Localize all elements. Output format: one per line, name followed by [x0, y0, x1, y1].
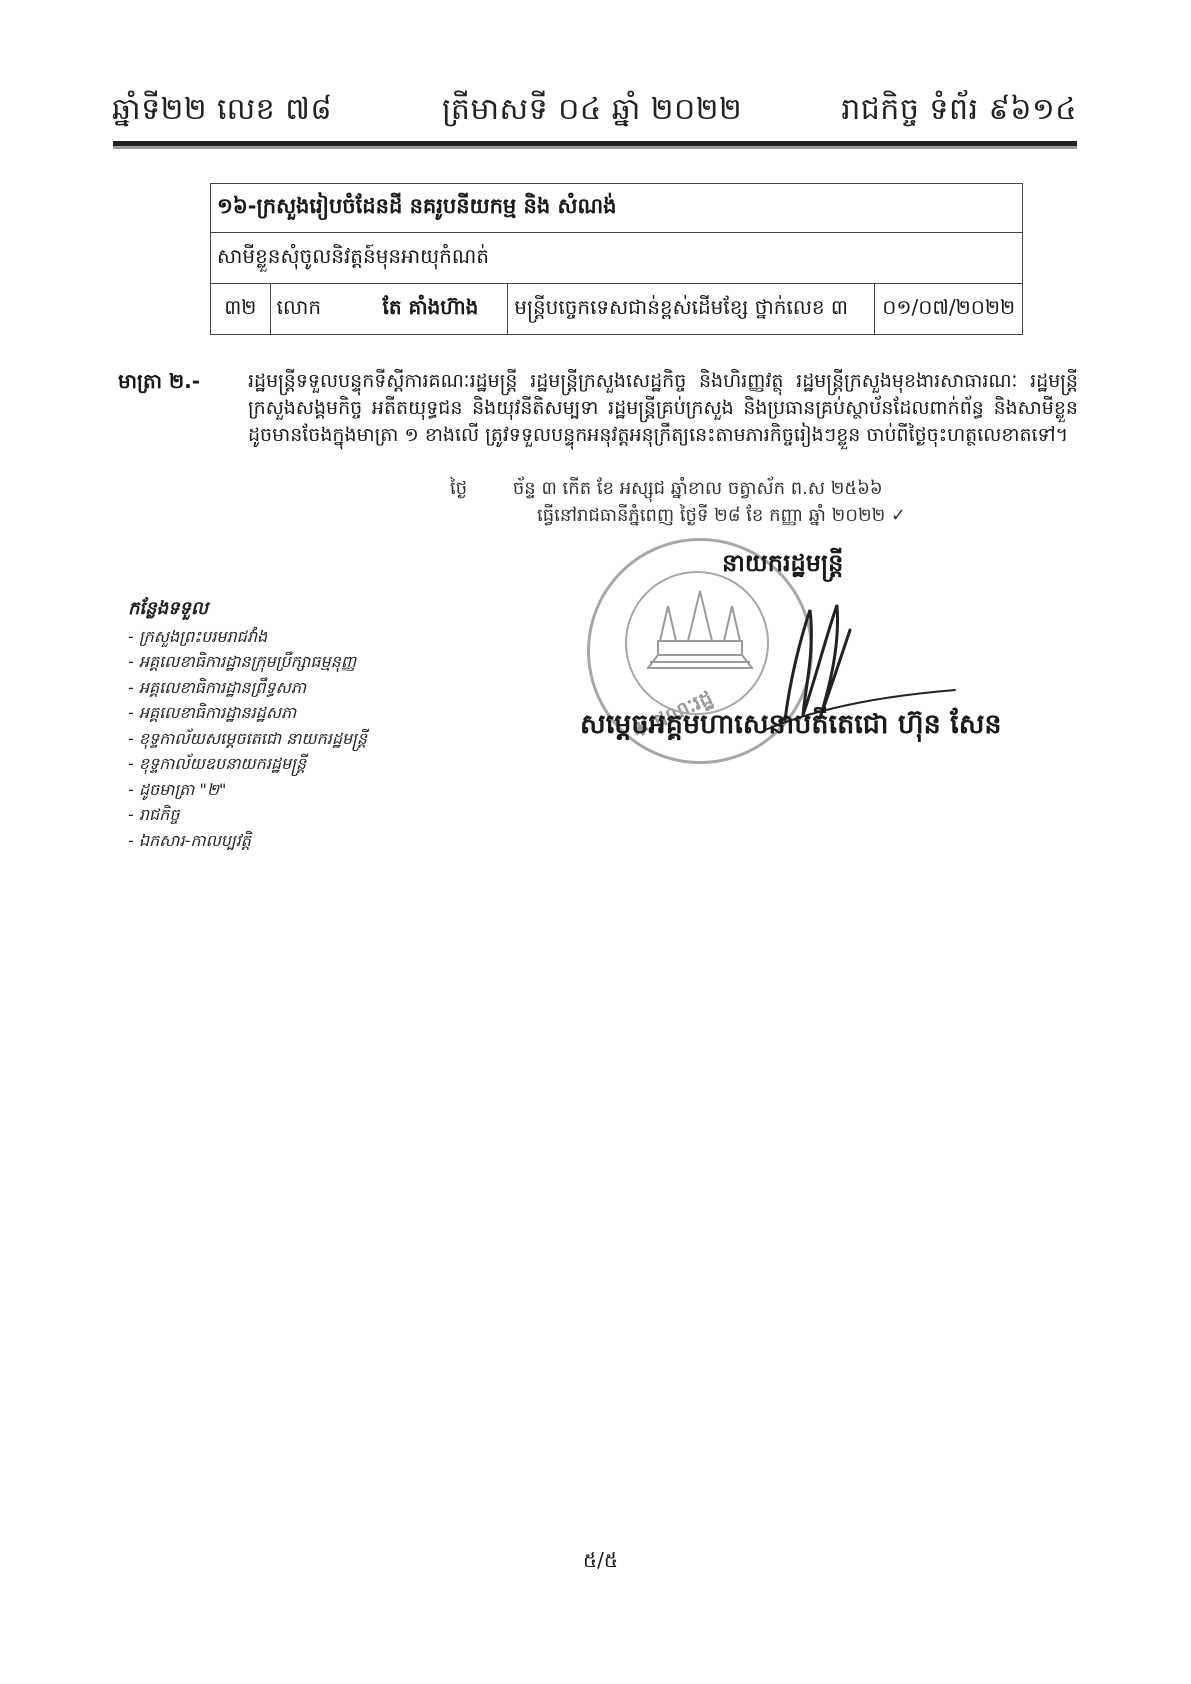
table-row: ៣២ លោក តែ គាំងហ៊ាង មន្ត្រីបច្ចេកទេសជាន់ខ… — [211, 284, 1023, 335]
gazette-year-issue: ឆ្នាំទី២២ លេខ ៧៨ — [112, 88, 332, 132]
angkor-temple-icon — [640, 586, 760, 671]
category-row: សាមីខ្លួនសុំចូលនិវត្តន៍មុនអាយុកំណត់ — [211, 233, 1023, 284]
article-label: មាត្រា ២.- — [118, 368, 200, 395]
lunar-date: ថ្ងៃ ច័ន្ទ ៣ កើត ខែ អស្សុជ ឆ្នាំខាល ចត្វ… — [450, 476, 883, 503]
list-item: ខុទ្ទកាល័យឧបនាយករដ្ឋមន្ត្រី — [128, 751, 367, 777]
article-body: រដ្ឋមន្ត្រីទទួលបន្ទុកទីស្តីការគណៈរដ្ឋមន្… — [248, 368, 1078, 449]
list-item: រាជកិច្ច — [128, 802, 367, 828]
position: មន្ត្រីបច្ចេកទេសជាន់ខ្ពស់ដើមខ្សែ ថ្នាក់ល… — [508, 284, 875, 335]
list-item: ក្រសួងព្រះបរមរាជវាំង — [128, 624, 367, 650]
lunar-date-text: ច័ន្ទ ៣ កើត ខែ អស្សុជ ឆ្នាំខាល ចត្វាស័ក … — [513, 478, 883, 499]
row-number: ៣២ — [211, 284, 271, 335]
lunar-day-word: ថ្ងៃ — [450, 478, 467, 499]
check-mark-icon: ✓ — [891, 505, 906, 526]
page-number: ៥/៥ — [583, 1547, 618, 1577]
header-divider — [113, 141, 1077, 149]
retirement-table: ១៦-ក្រសួងរៀបចំដែនដី នគរូបនីយកម្ម និង សំណ… — [210, 183, 1023, 335]
list-item: ដូចមាត្រា "២" — [128, 777, 367, 803]
gazette-header: ឆ្នាំទី២២ លេខ ៧៨ ត្រីមាសទី ០៤ ឆ្នាំ ២០២២… — [112, 88, 1077, 136]
signer-name: សម្តេចអគ្គមហាសេនាបតីតេជោ ហ៊ុន សែន — [580, 708, 1002, 747]
list-item: ឯកសារ-កាលប្បវត្តិ — [128, 828, 367, 854]
signer-title: នាយករដ្ឋមន្ត្រី — [722, 548, 843, 583]
solar-date-text: ធ្វើនៅរាជធានីភ្នំពេញ ថ្ងៃទី ២៨ ខែ កញ្ញា … — [537, 505, 885, 526]
solar-date: ធ្វើនៅរាជធានីភ្នំពេញ ថ្ងៃទី ២៨ ខែ កញ្ញា … — [537, 503, 906, 530]
list-item: អគ្គលេខាធិការដ្ឋានរដ្ឋសភា — [128, 700, 367, 726]
recipients-list: កន្លែងទទួល ក្រសួងព្រះបរមរាជវាំង អគ្គលេខា… — [128, 596, 367, 853]
ministry-row: ១៦-ក្រសួងរៀបចំដែនដី នគរូបនីយកម្ម និង សំណ… — [211, 184, 1023, 233]
list-item: អគ្គលេខាធិការដ្ឋានក្រុមប្រឹក្សាធម្មនុញ្ញ — [128, 649, 367, 675]
recipients-heading: កន្លែងទទួល — [128, 596, 367, 622]
gazette-quarter: ត្រីមាសទី ០៤ ឆ្នាំ ២០២២ — [442, 88, 742, 132]
category-heading: សាមីខ្លួនសុំចូលនិវត្តន៍មុនអាយុកំណត់ — [211, 233, 1023, 284]
effective-date: ០១/០៧/២០២២ — [875, 284, 1023, 335]
honorific: លោក — [270, 284, 353, 335]
list-item: ខុទ្ទកាល័យសម្តេចតេជោ នាយករដ្ឋមន្ត្រី — [128, 726, 367, 752]
list-item: អគ្គលេខាធិការដ្ឋានព្រឹទ្ធសភា — [128, 675, 367, 701]
person-name: តែ គាំងហ៊ាង — [354, 284, 508, 335]
gazette-page-ref: រាជកិច្ច ទំព័រ ៩៦១៤ — [841, 88, 1077, 132]
ministry-heading: ១៦-ក្រសួងរៀបចំដែនដី នគរូបនីយកម្ម និង សំណ… — [211, 184, 1023, 233]
